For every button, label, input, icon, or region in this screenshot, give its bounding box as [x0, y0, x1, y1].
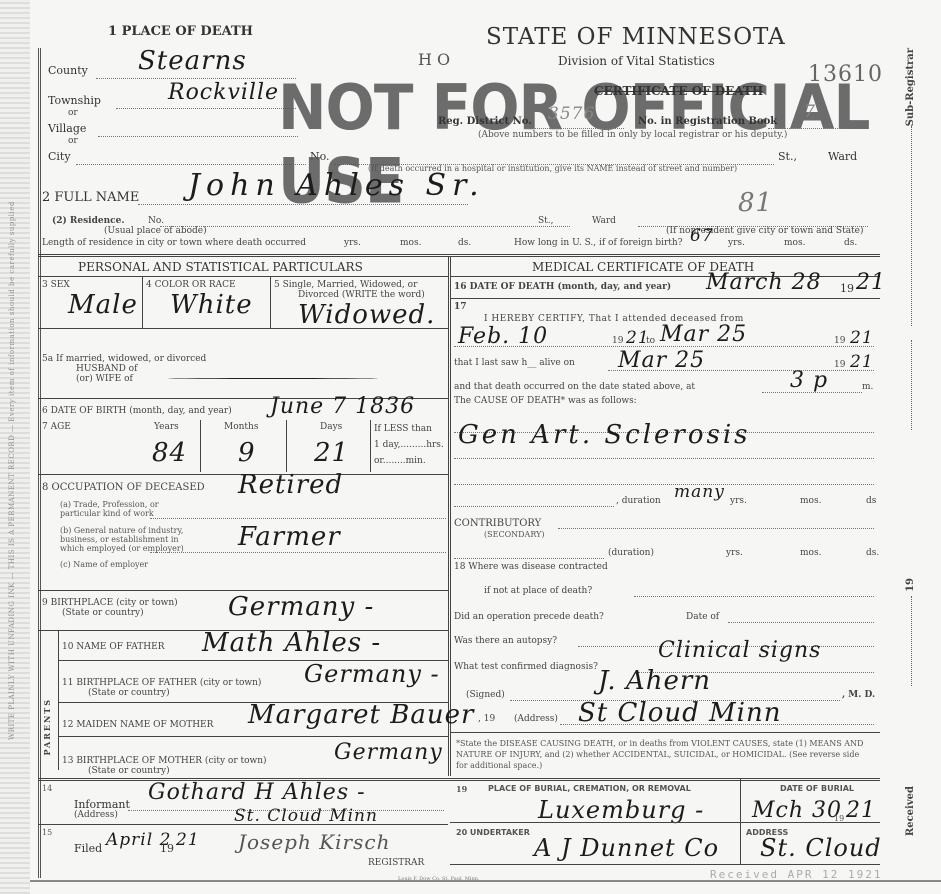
parents-side-label: PARENTS	[42, 698, 52, 755]
burial-year-value: 21	[846, 798, 876, 823]
burial-place-value: Luxemburg -	[538, 796, 704, 824]
division-title: Division of Vital Statistics	[558, 54, 715, 68]
spouse-dash	[168, 378, 378, 379]
burial-date-value: Mch 30	[752, 798, 842, 823]
attended-to-year: 21	[850, 328, 874, 348]
undertaker-address-value: St. Cloud	[760, 834, 882, 862]
margin-marks: H O	[418, 50, 450, 69]
county-label: County	[48, 64, 88, 77]
test-confirmed-value: Clinical signs	[658, 638, 821, 663]
registrar-label: REGISTRAR	[368, 858, 424, 868]
township-label: Township	[48, 94, 101, 107]
marital-value: Widowed.	[298, 300, 435, 330]
received-label: Received	[905, 786, 916, 836]
undertaker-value: A J Dunnet Co	[534, 834, 719, 862]
left-margin-instructions: WRITE PLAINLY WITH UNFADING INK — THIS I…	[8, 140, 16, 740]
last-saw-year: 21	[850, 352, 874, 372]
sex-value: Male	[68, 290, 138, 320]
mother-birthplace-value: Germany	[334, 740, 443, 765]
date-of-death-value: March 28	[706, 270, 822, 295]
physician-address-value: St Cloud Minn	[578, 698, 781, 728]
city-label: City	[48, 150, 71, 163]
industry-value: Farmer	[238, 522, 341, 552]
mother-maiden-name-value: Margaret Bauer	[248, 700, 474, 730]
reg-district-value: 3576	[548, 104, 595, 124]
informant-address-value: St. Cloud Minn	[234, 806, 378, 826]
village-label: Village	[48, 122, 86, 135]
color-value: White	[170, 290, 253, 320]
age-months-value: 9	[238, 438, 256, 468]
certificate-form: 1 PLACE OF DEATH STATE OF MINNESOTA Divi…	[38, 18, 893, 858]
personal-heading: PERSONAL AND STATISTICAL PARTICULARS	[78, 260, 363, 274]
date-of-death-year: 21	[856, 270, 886, 295]
registrar-signature: Joseph Kirsch	[238, 830, 390, 854]
column-divider	[448, 256, 451, 776]
death-time-value: 3 p	[790, 368, 828, 393]
last-saw-date: Mar 25	[618, 348, 705, 373]
state-title: STATE OF MINNESOTA	[486, 24, 786, 50]
full-name-value: John Ahles Sr.	[188, 168, 485, 203]
place-of-death-heading: 1 PLACE OF DEATH	[108, 24, 253, 39]
physician-signature: J. Ahern	[598, 666, 711, 696]
margin-number-81: 81	[738, 188, 773, 218]
death-certificate: WRITE PLAINLY WITH UNFADING INK — THIS I…	[0, 0, 941, 894]
nineteen-label: 19	[905, 578, 916, 592]
occupation-value: Retired	[238, 470, 343, 500]
left-margin-binding: WRITE PLAINLY WITH UNFADING INK — THIS I…	[0, 0, 30, 894]
filed-label: Filed	[74, 842, 102, 855]
cause-of-death-value: Gen Art. Sclerosis	[458, 420, 751, 450]
section-divider	[38, 254, 880, 257]
right-margin: Sub-Registrar 19 Received	[905, 30, 925, 830]
father-birthplace-value: Germany -	[304, 660, 440, 688]
birthplace-value: Germany -	[228, 592, 374, 622]
reg-book-value: 7	[804, 102, 816, 122]
bottom-edge	[30, 880, 941, 882]
left-frame	[38, 48, 41, 878]
years-in-us-value: 67	[690, 226, 714, 246]
informant-value: Gothard H Ahles -	[148, 780, 366, 805]
filed-year-value: 21	[176, 830, 200, 850]
date-of-birth-value: June 7 1836	[270, 394, 415, 419]
township-value: Rockville	[168, 80, 279, 105]
age-days-value: 21	[314, 438, 349, 468]
father-name-value: Math Ahles -	[202, 628, 381, 658]
sub-registrar-label: Sub-Registrar	[905, 48, 916, 126]
reg-note: (Above numbers to be filled in only by l…	[478, 130, 787, 140]
cause-footnote: *State the DISEASE CAUSING DEATH, or in …	[456, 738, 872, 771]
age-years-value: 84	[152, 438, 187, 468]
duration-value: many	[674, 482, 725, 502]
certificate-title: CERTIFICATE OF DEATH	[594, 84, 763, 98]
full-name-label: 2 FULL NAME	[42, 190, 139, 205]
attended-to-date: Mar 25	[660, 322, 747, 347]
county-value: Stearns	[138, 46, 247, 76]
